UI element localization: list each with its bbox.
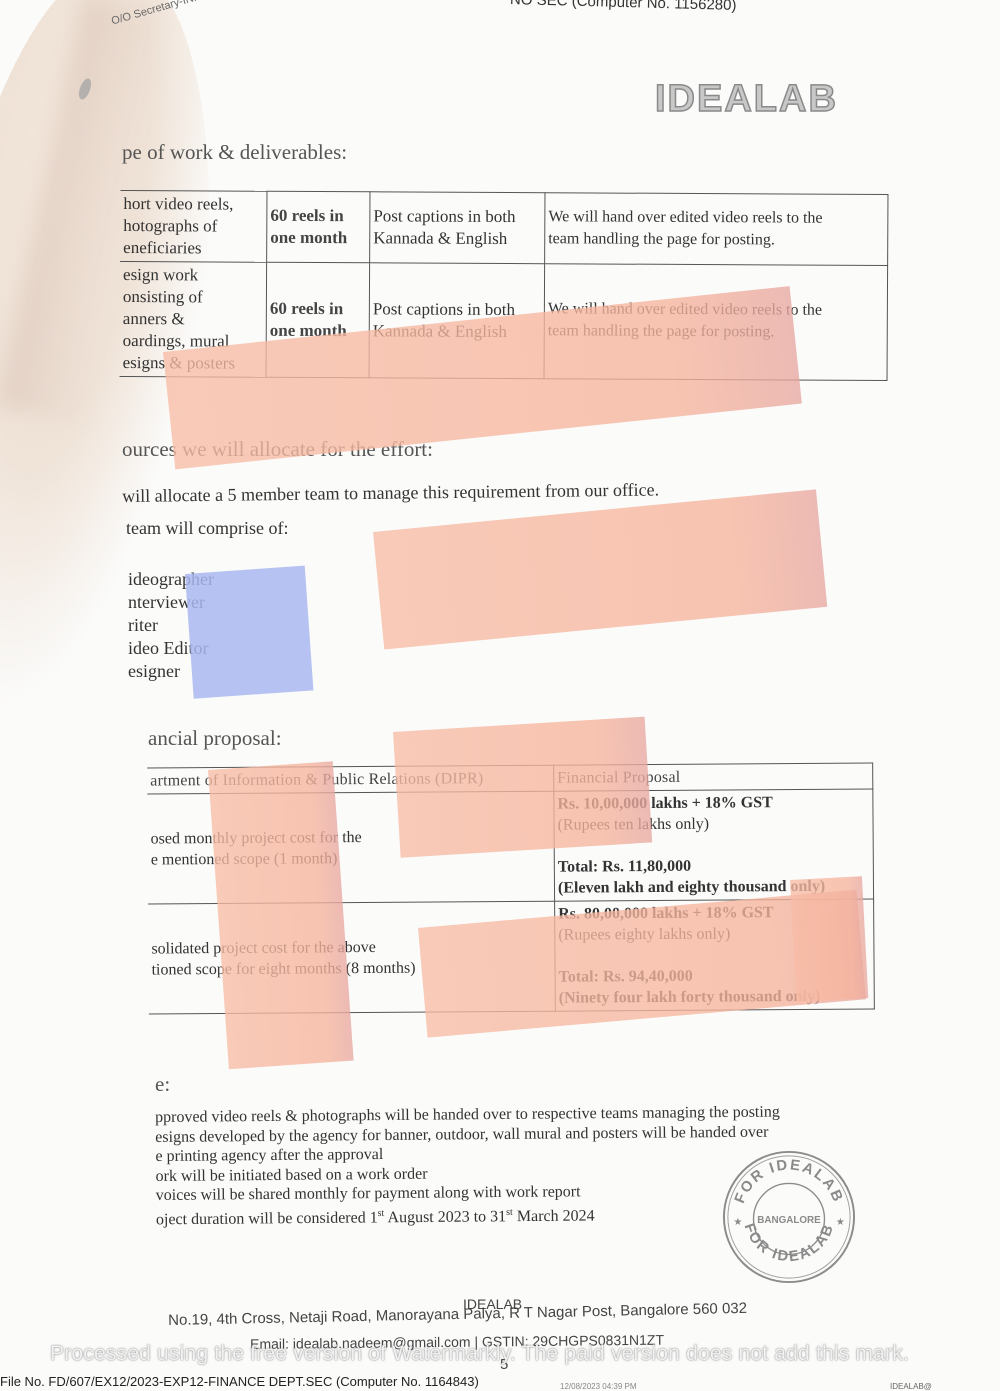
svg-text:BANGALORE: BANGALORE — [757, 1215, 821, 1226]
redaction-block — [393, 717, 652, 858]
svg-text:FOR IDEALAB: FOR IDEALAB — [741, 1221, 838, 1265]
svg-text:★: ★ — [733, 1217, 742, 1228]
top-file-number: NO SEC (Computer No. 1156280) — [510, 0, 737, 14]
redaction-block-blue — [185, 566, 313, 699]
redaction-block — [790, 876, 868, 1002]
watermark-text: Processed using the free version of Wate… — [50, 1342, 909, 1366]
idealab-logo: IDEALAB — [655, 78, 838, 121]
footer-address: No.19, 4th Cross, Netaji Road, Manorayan… — [168, 1300, 747, 1329]
redaction-block — [373, 489, 827, 649]
scope-heading: pe of work & deliverables: — [122, 140, 347, 165]
note-item-duration: oject duration will be considered 1st Au… — [156, 1200, 781, 1229]
resources-line-2: team will comprise of: — [126, 518, 288, 539]
captions-cell: Post captions in both Kannada & English — [370, 192, 545, 264]
deliverable-cell: hort video reels, hotographs of eneficia… — [120, 190, 267, 262]
redaction-block — [208, 761, 354, 1069]
meta-timestamp: 12/08/2023 04:39 PM — [560, 1382, 637, 1391]
notes-list: pproved video reels & photographs will b… — [155, 1103, 781, 1230]
table-row: hort video reels, hotographs of eneficia… — [120, 190, 888, 265]
resources-line-1: will allocate a 5 member team to manage … — [122, 479, 659, 507]
svg-text:★: ★ — [836, 1217, 845, 1228]
company-stamp: FOR IDEALAB FOR IDEALAB BANGALORE ★ ★ — [720, 1148, 858, 1286]
handover-cell: We will hand over edited video reels to … — [545, 193, 888, 266]
quantity-cell: 60 reels in one month — [267, 191, 370, 263]
notes-heading: e: — [155, 1072, 170, 1097]
meta-right: IDEALAB@ — [890, 1382, 932, 1391]
financial-heading: ancial proposal: — [148, 726, 282, 751]
file-number: File No. FD/607/EX12/2023-EXP12-FINANCE … — [0, 1374, 479, 1389]
